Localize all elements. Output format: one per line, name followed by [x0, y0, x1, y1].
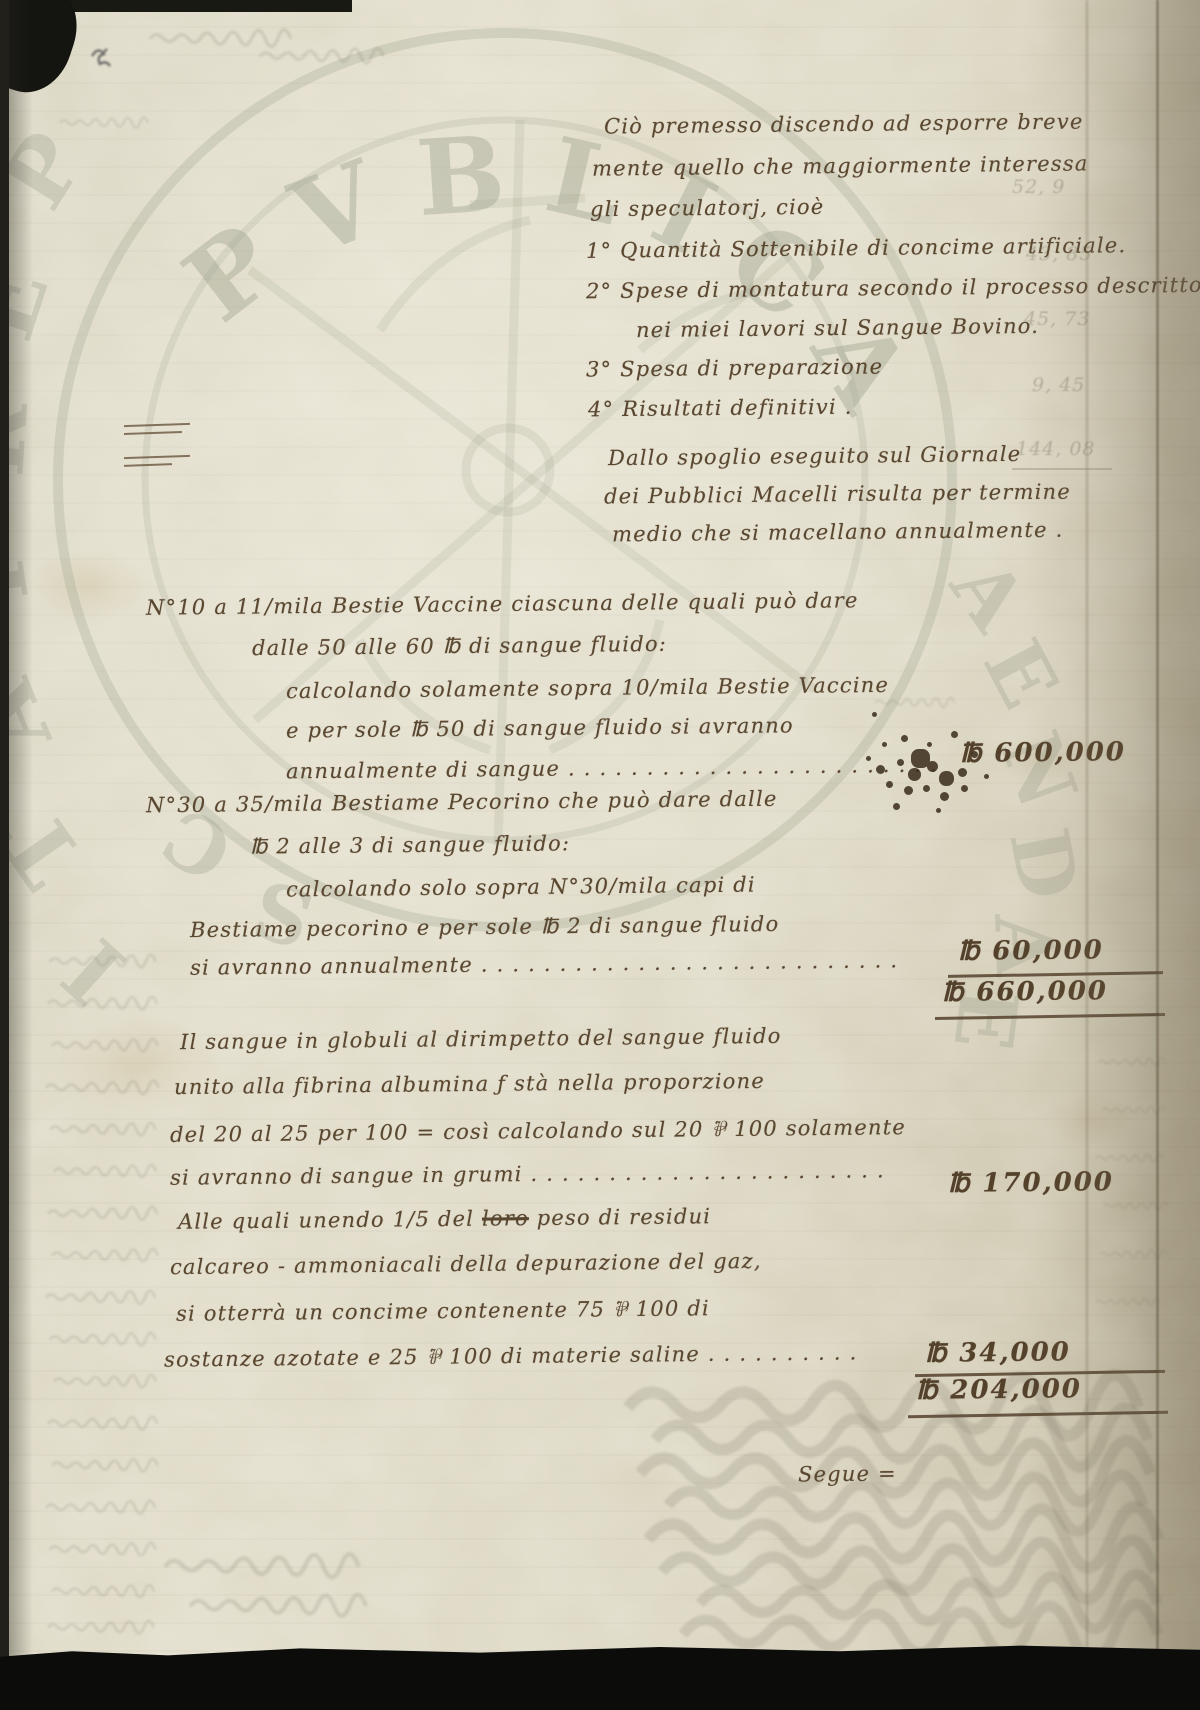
page-footer-segue: Segue = — [798, 1461, 897, 1486]
manuscript-line: N°10 a 11/mila Bestie Vaccine ciascuna d… — [146, 588, 859, 619]
struck-word: loro — [482, 1206, 529, 1230]
manuscript-line: dalle 50 alle 60 ℔ di sangue fluido: — [252, 632, 667, 660]
manuscript-line: si avranno annualmente . . . . . . . . .… — [190, 948, 898, 979]
manuscript-line: Il sangue in globuli al dirimpetto del s… — [180, 1024, 782, 1054]
pencil-scribble — [92, 49, 110, 66]
manuscript-line: si avranno di sangue in grumi . . . . . … — [170, 1158, 885, 1189]
manuscript-line: calcolando solo sopra N°30/mila capi di — [286, 873, 756, 902]
manuscript-line: Alle quali unendo 1/5 del loro peso di r… — [178, 1204, 711, 1234]
manuscript-line: N°30 a 35/mila Bestiame Pecorino che può… — [146, 787, 778, 818]
manuscript-line: ℔ 2 alle 3 di sangue fluido: — [250, 831, 570, 858]
manuscript-line: 4° Risultati definitivi . — [588, 395, 853, 422]
manuscript-line: unito alla fibrina albumina ƒ stà nella … — [174, 1069, 765, 1099]
margin-tick — [124, 431, 182, 435]
manuscript-line: si otterrà un concime contenente 75 ⅌ 10… — [176, 1294, 710, 1328]
manuscript-line: del 20 al 25 per 100 = così calcolando s… — [170, 1113, 906, 1149]
margin-tick — [124, 423, 190, 427]
manuscript-line: medio che si macellano annualmente . — [612, 518, 1064, 547]
scan-edge-left-shade — [9, 0, 33, 1710]
line-text: peso di residui — [529, 1204, 712, 1230]
ink-splatter — [872, 712, 877, 717]
manuscript-line: Bestiame pecorino e per sole ℔ 2 di sang… — [190, 912, 780, 942]
manuscript-line: e per sole ℔ 50 di sangue fluido si avra… — [286, 713, 794, 742]
margin-tick — [124, 455, 190, 459]
manuscript-line: sostanze azotate e 25 ⅌ 100 di materie s… — [164, 1338, 858, 1373]
manuscript-line: calcareo - ammoniacali della depurazione… — [170, 1249, 762, 1279]
manuscript-line: calcolando solamente sopra 10/mila Besti… — [286, 673, 889, 703]
manuscript-line: gli speculatorj, cioè — [590, 195, 825, 221]
margin-tick — [124, 463, 172, 467]
manuscript-line: Ciò premesso discendo ad esporre breve — [604, 109, 1084, 138]
next-page-edge — [1159, 0, 1200, 1710]
scan-edge-left — [0, 0, 9, 1710]
scan-edge-bottom — [0, 1640, 1200, 1710]
fold-line — [1086, 0, 1088, 1710]
manuscript-page: PVBLICA P E R T A T I A E N D A E C S — [0, 0, 1200, 1710]
line-text: Alle quali unendo 1/5 del — [178, 1207, 482, 1234]
svg-text:I: I — [44, 919, 144, 1024]
manuscript-line: 3° Spesa di preparazione — [586, 354, 883, 381]
manuscript-line: Dallo spoglio eseguito sul Giornale — [608, 442, 1022, 470]
manuscript-line: dei Pubblici Macelli risulta per termine — [604, 480, 1071, 509]
manuscript-line: nei miei lavori sul Sangue Bovino. — [636, 314, 1039, 342]
manuscript-line: annualmente di sangue . . . . . . . . . … — [286, 753, 938, 784]
svg-text:S: S — [242, 861, 324, 965]
